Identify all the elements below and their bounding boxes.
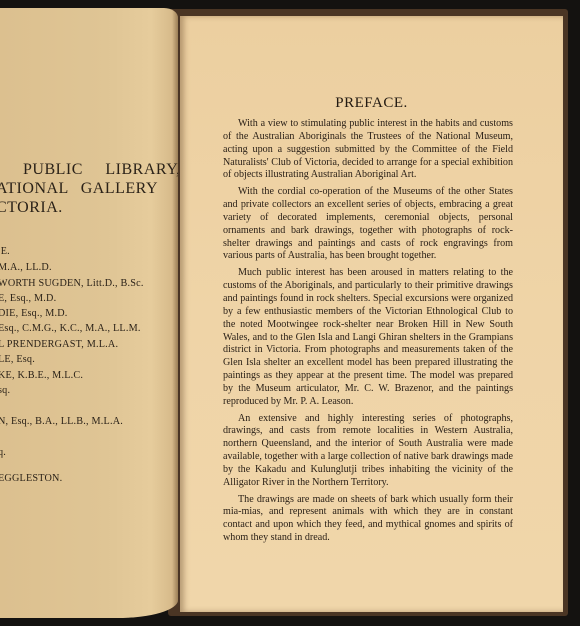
trustee-entry: N, Esq., B.A., LL.B., M.L.A. [0, 416, 123, 427]
trustee-entry: .E. [0, 246, 10, 257]
trustee-entry: sq. [0, 385, 10, 396]
trustee-entry: EGGLESTON. [0, 473, 62, 484]
paragraph: An extensive and highly interesting seri… [223, 413, 513, 490]
trustee-entry: L PRENDERGAST, M.L.A. [0, 339, 118, 350]
gutter-shadow [172, 8, 178, 618]
library-heading-line: ATIONAL GALLERY [0, 180, 158, 198]
library-heading-line: CTORIA. [0, 199, 63, 217]
trustee-entry: LE, Esq. [0, 354, 35, 365]
trustee-entry: KE, K.B.E., M.L.C. [0, 370, 83, 381]
preface-body: With a view to stimulating public intere… [223, 118, 513, 549]
library-heading-line: . PUBLIC LIBRARY, [0, 161, 178, 179]
page-title: PREFACE. [180, 95, 563, 112]
paragraph: Much public interest has been aroused in… [223, 267, 513, 408]
trustee-entry: DIE, Esq., M.D. [0, 308, 68, 319]
left-page: . PUBLIC LIBRARY, ATIONAL GALLERY CTORIA… [0, 8, 178, 618]
trustee-entry: Esq., C.M.G., K.C., M.A., LL.M. [0, 323, 141, 334]
paragraph: With a view to stimulating public intere… [223, 118, 513, 182]
right-page: PREFACE. With a view to stimulating publ… [180, 16, 563, 612]
trustee-entry: E, Esq., M.D. [0, 293, 56, 304]
trustee-entry: WORTH SUGDEN, Litt.D., B.Sc. [0, 278, 144, 289]
paragraph: The drawings are made on sheets of bark … [223, 494, 513, 545]
trustee-entry: M.A., LL.D. [0, 262, 52, 273]
paragraph: With the cordial co-operation of the Mus… [223, 186, 513, 263]
trustee-entry: q. [0, 447, 6, 458]
